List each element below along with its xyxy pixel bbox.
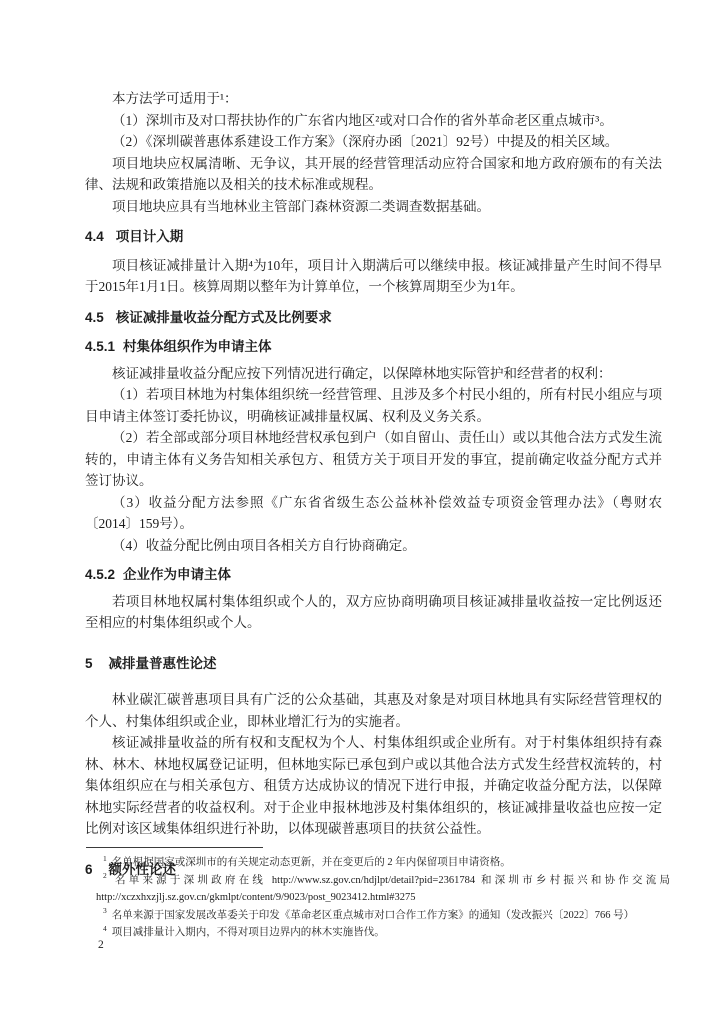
heading-number: 4.4: [85, 226, 104, 248]
heading-number: 4.5.2: [85, 564, 115, 586]
section-4-5-1-item-2: （2）若全部或部分项目林地经营权承包到户（如自留山、责任山）或以其他合法方式发生…: [85, 427, 662, 492]
section-4-5-1-item-4: （4）收益分配比例由项目各相关方自行协商确定。: [85, 535, 662, 557]
heading-number: 4.5: [85, 307, 104, 329]
page-number: 2: [98, 936, 104, 954]
intro-list-item-2: （2）《深圳碳普惠体系建设工作方案》（深府办函〔2021〕92号）中提及的相关区…: [85, 131, 662, 153]
footnote-text: 名单来源于深圳政府在线 http://www.sz.gov.cn/hdjlpt/…: [96, 875, 670, 904]
heading-number: 4.5.1: [85, 336, 115, 358]
footnote-marker: 2: [103, 871, 107, 880]
section-4-5-1-lead: 核证减排量收益分配应按下列情况进行确定，以保障林地实际管护和经营者的权利：: [85, 363, 662, 385]
footnote-text: 项目减排量计入期内，不得对项目边界内的林木实施皆伐。: [112, 927, 385, 938]
footnote-marker: 1: [103, 854, 107, 863]
section-4-4-paragraph: 项目核证减排量计入期⁴为10年，项目计入期满后可以继续申报。核证减排量产生时间不…: [85, 255, 662, 298]
intro-lead-paragraph: 本方法学可适用于¹：: [85, 88, 662, 110]
document-page: 本方法学可适用于¹： （1）深圳市及对口帮扶协作的广东省内地区²或对口合作的省外…: [0, 0, 724, 1024]
footnote-2: 2名单来源于深圳政府在线 http://www.sz.gov.cn/hdjlpt…: [85, 872, 670, 907]
footnote-area: 1名单根据国家或深圳市的有关规定动态更新，并在变更后的 2 年内保留项目申请资格…: [85, 847, 670, 942]
footnote-marker: 4: [103, 924, 107, 933]
intro-paragraph-1: 项目地块应权属清晰、无争议，其开展的经营管理活动应符合国家和地方政府颁布的有关法…: [85, 153, 662, 196]
section-4-5-1-item-1: （1）若项目林地为村集体组织统一经营管理、且涉及多个村民小组的，所有村民小组应与…: [85, 384, 662, 427]
intro-paragraph-2: 项目地块应具有当地林业主管部门森林资源二类调查数据基础。: [85, 196, 662, 218]
footnote-marker: 3: [103, 906, 107, 915]
section-4-5-1-item-3: （3）收益分配方法参照《广东省省级生态公益林补偿效益专项资金管理办法》（粤财农〔…: [85, 492, 662, 535]
section-heading-4-4: 4.4 项目计入期: [85, 226, 662, 248]
intro-list-item-1: （1）深圳市及对口帮扶协作的广东省内地区²或对口合作的省外革命老区重点城市³。: [85, 110, 662, 132]
section-4-5-2-paragraph: 若项目林地权属村集体组织或个人的，双方应协商明确项目核证减排量收益按一定比例返还…: [85, 591, 662, 634]
section-heading-5: 5 减排量普惠性论述: [85, 653, 662, 675]
document-body: 本方法学可适用于¹： （1）深圳市及对口帮扶协作的广东省内地区²或对口合作的省外…: [85, 88, 662, 895]
footnote-separator-rule: [86, 847, 263, 848]
section-5-paragraph-2: 核证减排量收益的所有权和支配权为个人、村集体组织或企业所有。对于村集体组织持有森…: [85, 732, 662, 840]
heading-number: 5: [85, 653, 93, 675]
footnote-text: 名单根据国家或深圳市的有关规定动态更新，并在变更后的 2 年内保留项目申请资格。: [112, 857, 511, 868]
heading-title: 核证减排量收益分配方式及比例要求: [116, 307, 332, 329]
section-heading-4-5-1: 4.5.1 村集体组织作为申请主体: [85, 336, 662, 358]
heading-title: 项目计入期: [116, 226, 184, 248]
heading-title: 村集体组织作为申请主体: [123, 336, 272, 358]
section-5-paragraph-1: 林业碳汇碳普惠项目具有广泛的公众基础，其惠及对象是对项目林地具有实际经营管理权的…: [85, 689, 662, 732]
footnote-1: 1名单根据国家或深圳市的有关规定动态更新，并在变更后的 2 年内保留项目申请资格…: [85, 854, 670, 872]
heading-title: 减排量普惠性论述: [109, 653, 217, 675]
footnote-3: 3名单来源于国家发展改革委关于印发《革命老区重点城市对口合作工作方案》的通知（发…: [85, 907, 670, 925]
heading-title: 企业作为申请主体: [123, 564, 231, 586]
section-heading-4-5-2: 4.5.2 企业作为申请主体: [85, 564, 662, 586]
footnote-4: 4项目减排量计入期内，不得对项目边界内的林木实施皆伐。: [85, 924, 670, 942]
section-heading-4-5: 4.5 核证减排量收益分配方式及比例要求: [85, 307, 662, 329]
footnote-text: 名单来源于国家发展改革委关于印发《革命老区重点城市对口合作工作方案》的通知（发改…: [112, 910, 634, 921]
